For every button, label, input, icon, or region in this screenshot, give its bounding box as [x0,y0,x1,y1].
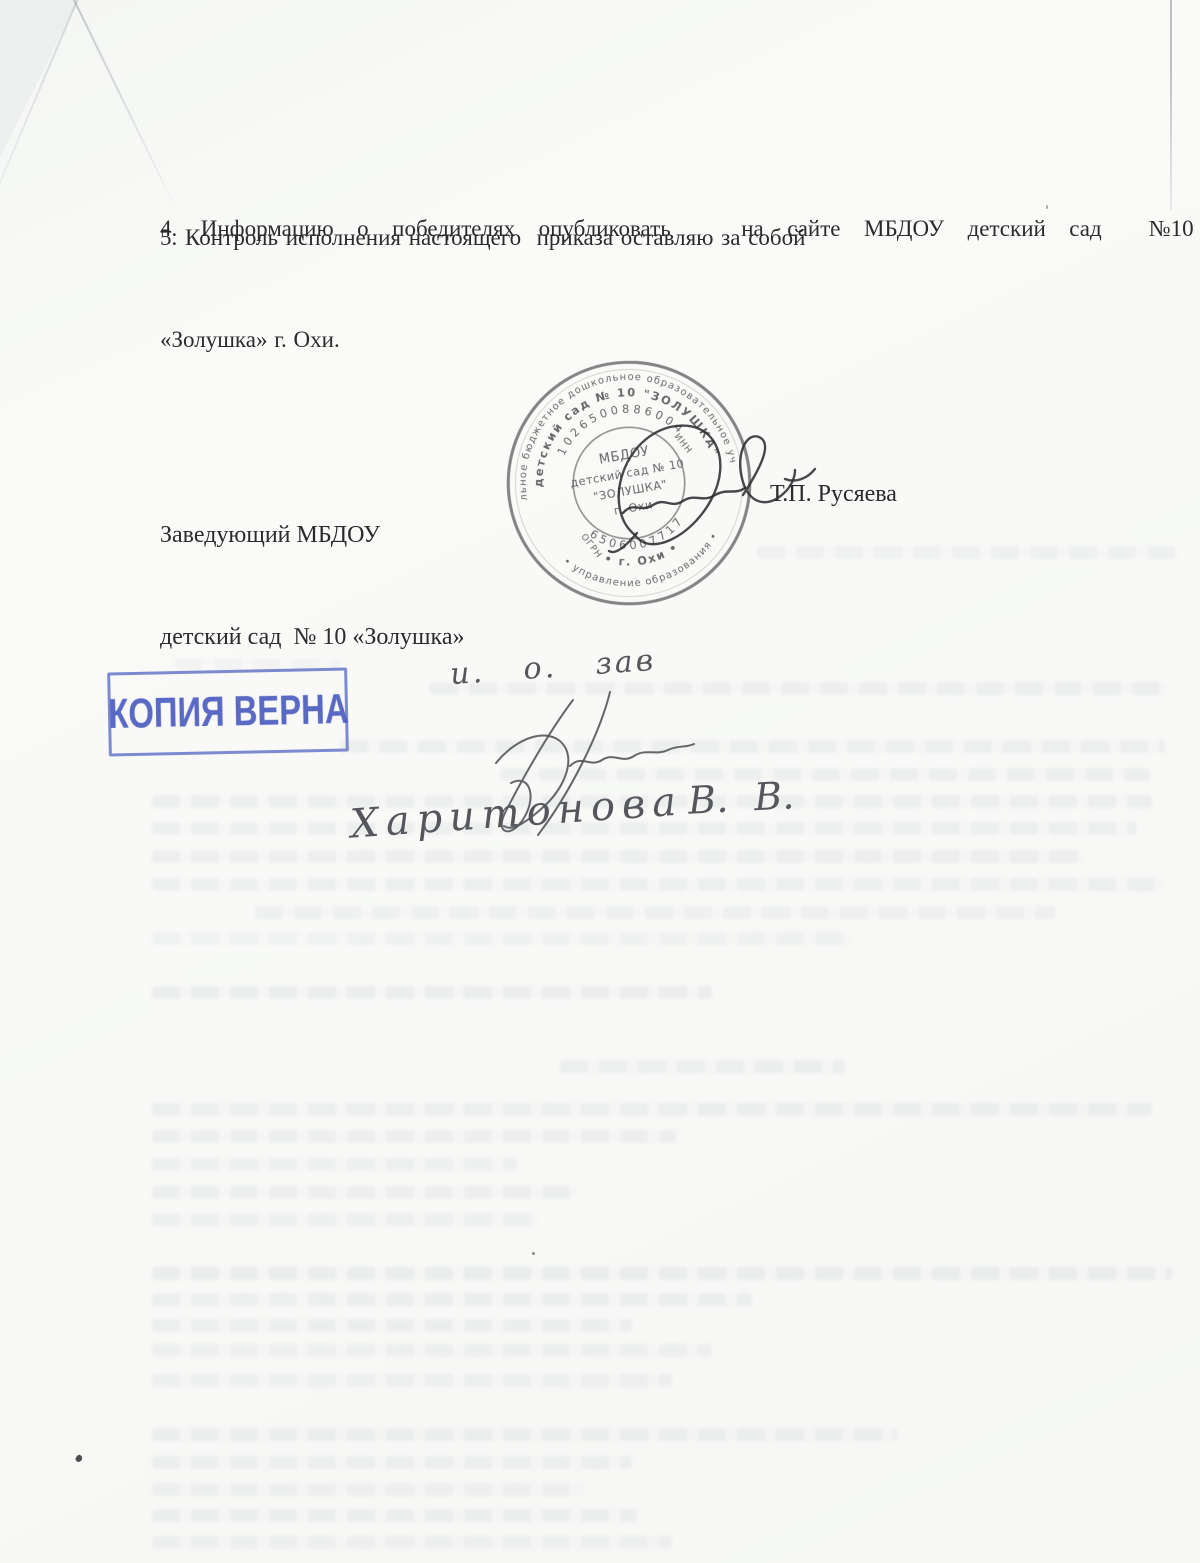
bleed-through-line [340,740,1165,753]
bleed-through-line [152,986,712,999]
bleed-through-line [152,1213,537,1226]
head-signature [575,415,820,565]
bleed-through-line [152,1374,672,1387]
bleed-through-line [152,1158,517,1171]
bleed-through-line [152,932,852,945]
copy-verna-stamp: КОПИЯ ВЕРНА [107,667,349,756]
bleed-through-line [152,795,1152,808]
bleed-through-line [500,768,1150,781]
bleed-through-line [152,1186,577,1199]
signer-position-line2: детский сад № 10 «Золушка» [160,620,464,654]
bleed-through-line [152,1130,677,1143]
bleed-through-line [152,1267,1172,1280]
bleed-through-line [152,1319,632,1332]
bleed-through-line [152,1293,752,1306]
bleed-through-line [152,1428,897,1441]
order-item-5: 5. Контроль исполнения настоящего приказ… [160,219,805,256]
bleed-through-line [152,850,1082,863]
ink-speck [75,1454,84,1463]
bleed-through-line [175,658,340,671]
bleed-through-line [430,682,1165,695]
scan-corner-fold [0,0,180,300]
bleed-through-line [152,1509,637,1522]
bleed-through-line [255,906,1055,919]
copy-verna-label: КОПИЯ ВЕРНА [107,686,348,738]
signer-position-line1: Заведующий МБДОУ [160,518,464,552]
bleed-through-line [560,1060,845,1073]
bleed-through-line [152,1536,672,1549]
bleed-through-line [152,1483,582,1496]
bleed-through-line [152,1344,712,1357]
bleed-through-line [757,546,1177,559]
ink-speck [532,1252,535,1255]
bleed-through-line [152,1456,632,1469]
bleed-through-line [152,878,1162,891]
bleed-through-line [152,822,1137,835]
scanned-document-page: 4. Информацию о победителях опубликовать… [0,0,1200,1563]
bleed-through-line [152,1103,1152,1116]
